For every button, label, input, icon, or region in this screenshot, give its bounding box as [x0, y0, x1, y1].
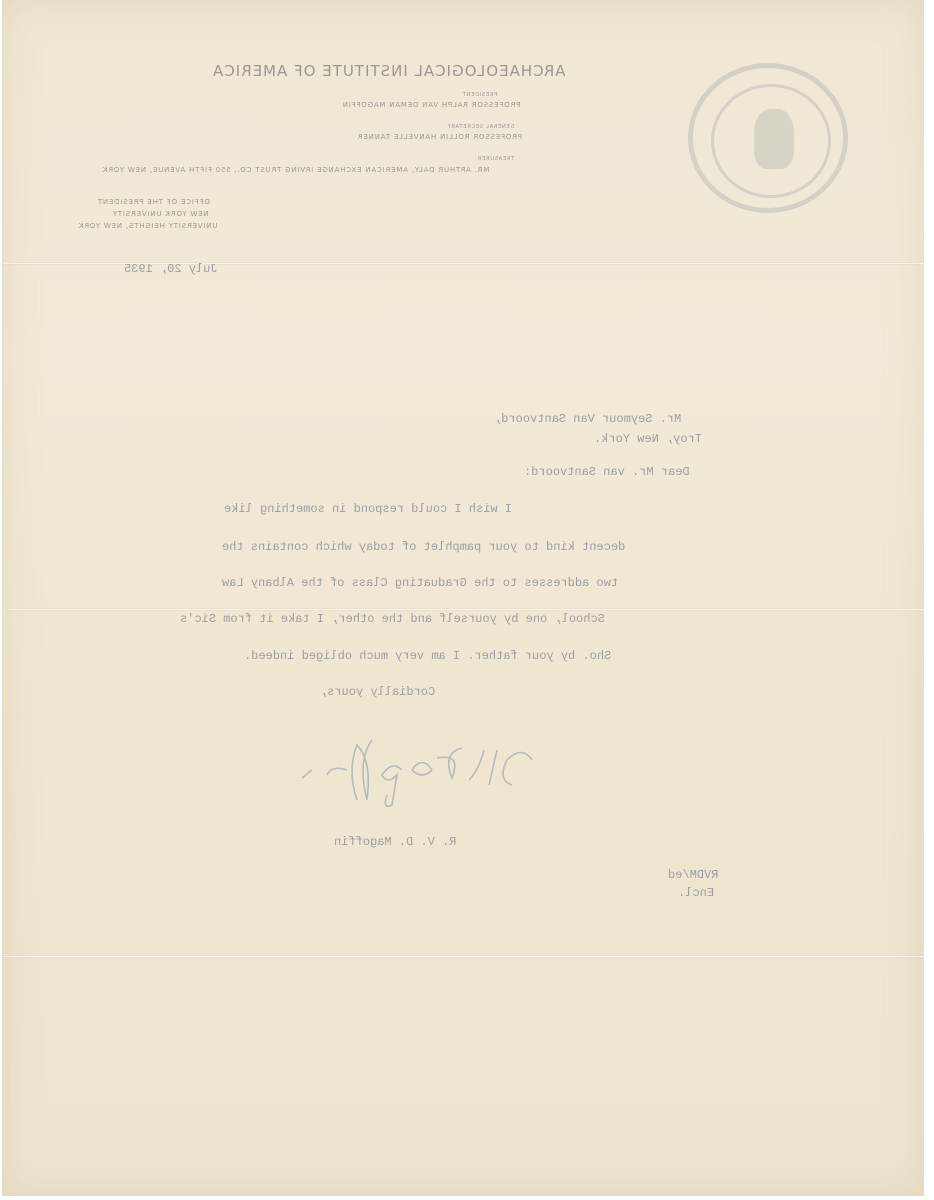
letter-date: July 20, 1935	[124, 262, 218, 276]
letterhead-president-label: President	[462, 92, 497, 98]
reference-initials: RVDM/ed	[668, 868, 718, 882]
body-line: decent kind to your pamphlet of today wh…	[222, 540, 625, 554]
fold-line	[2, 955, 924, 958]
body-line: two addresses to the Graduating Class of…	[222, 576, 618, 590]
office-line: Office of the President	[97, 198, 210, 206]
letter-paper: Archaeological Institute of America Pres…	[2, 0, 924, 1196]
letterhead-treasurer: Mr. Arthur Daly, American Exchange Irvin…	[102, 166, 489, 174]
salutation: Dear Mr. van Santvoord:	[524, 465, 690, 479]
recipient-line-2: Troy, New York.	[594, 432, 702, 446]
fold-line	[2, 608, 924, 611]
institute-seal-icon	[688, 63, 848, 213]
letterhead-secretary: Professor Rollin Hanvelle Tanner	[357, 133, 522, 141]
body-line: School, one by yourself and the other, I…	[180, 612, 605, 626]
body-line: Sho. by your father. I am very much obli…	[244, 649, 611, 663]
body-line: I wish I could respond in something like	[224, 502, 512, 516]
letterhead-president: Professor Ralph Van Deman Magoffin	[342, 101, 520, 109]
signature	[252, 730, 542, 810]
office-line: New York University	[112, 210, 209, 218]
letterhead-secretary-label: General Secretary	[447, 124, 514, 130]
enclosure-note: Encl.	[678, 886, 714, 900]
typed-name: R. V. D. Magoffin	[334, 835, 456, 849]
office-line: University Heights, New York	[78, 222, 217, 230]
letterhead-treasurer-label: Treasurer	[477, 156, 514, 162]
recipient-line-1: Mr. Seymour Van Santvoord,	[494, 412, 681, 426]
letterhead-organization: Archaeological Institute of America	[212, 62, 566, 80]
closing: Cordially yours,	[320, 685, 435, 699]
